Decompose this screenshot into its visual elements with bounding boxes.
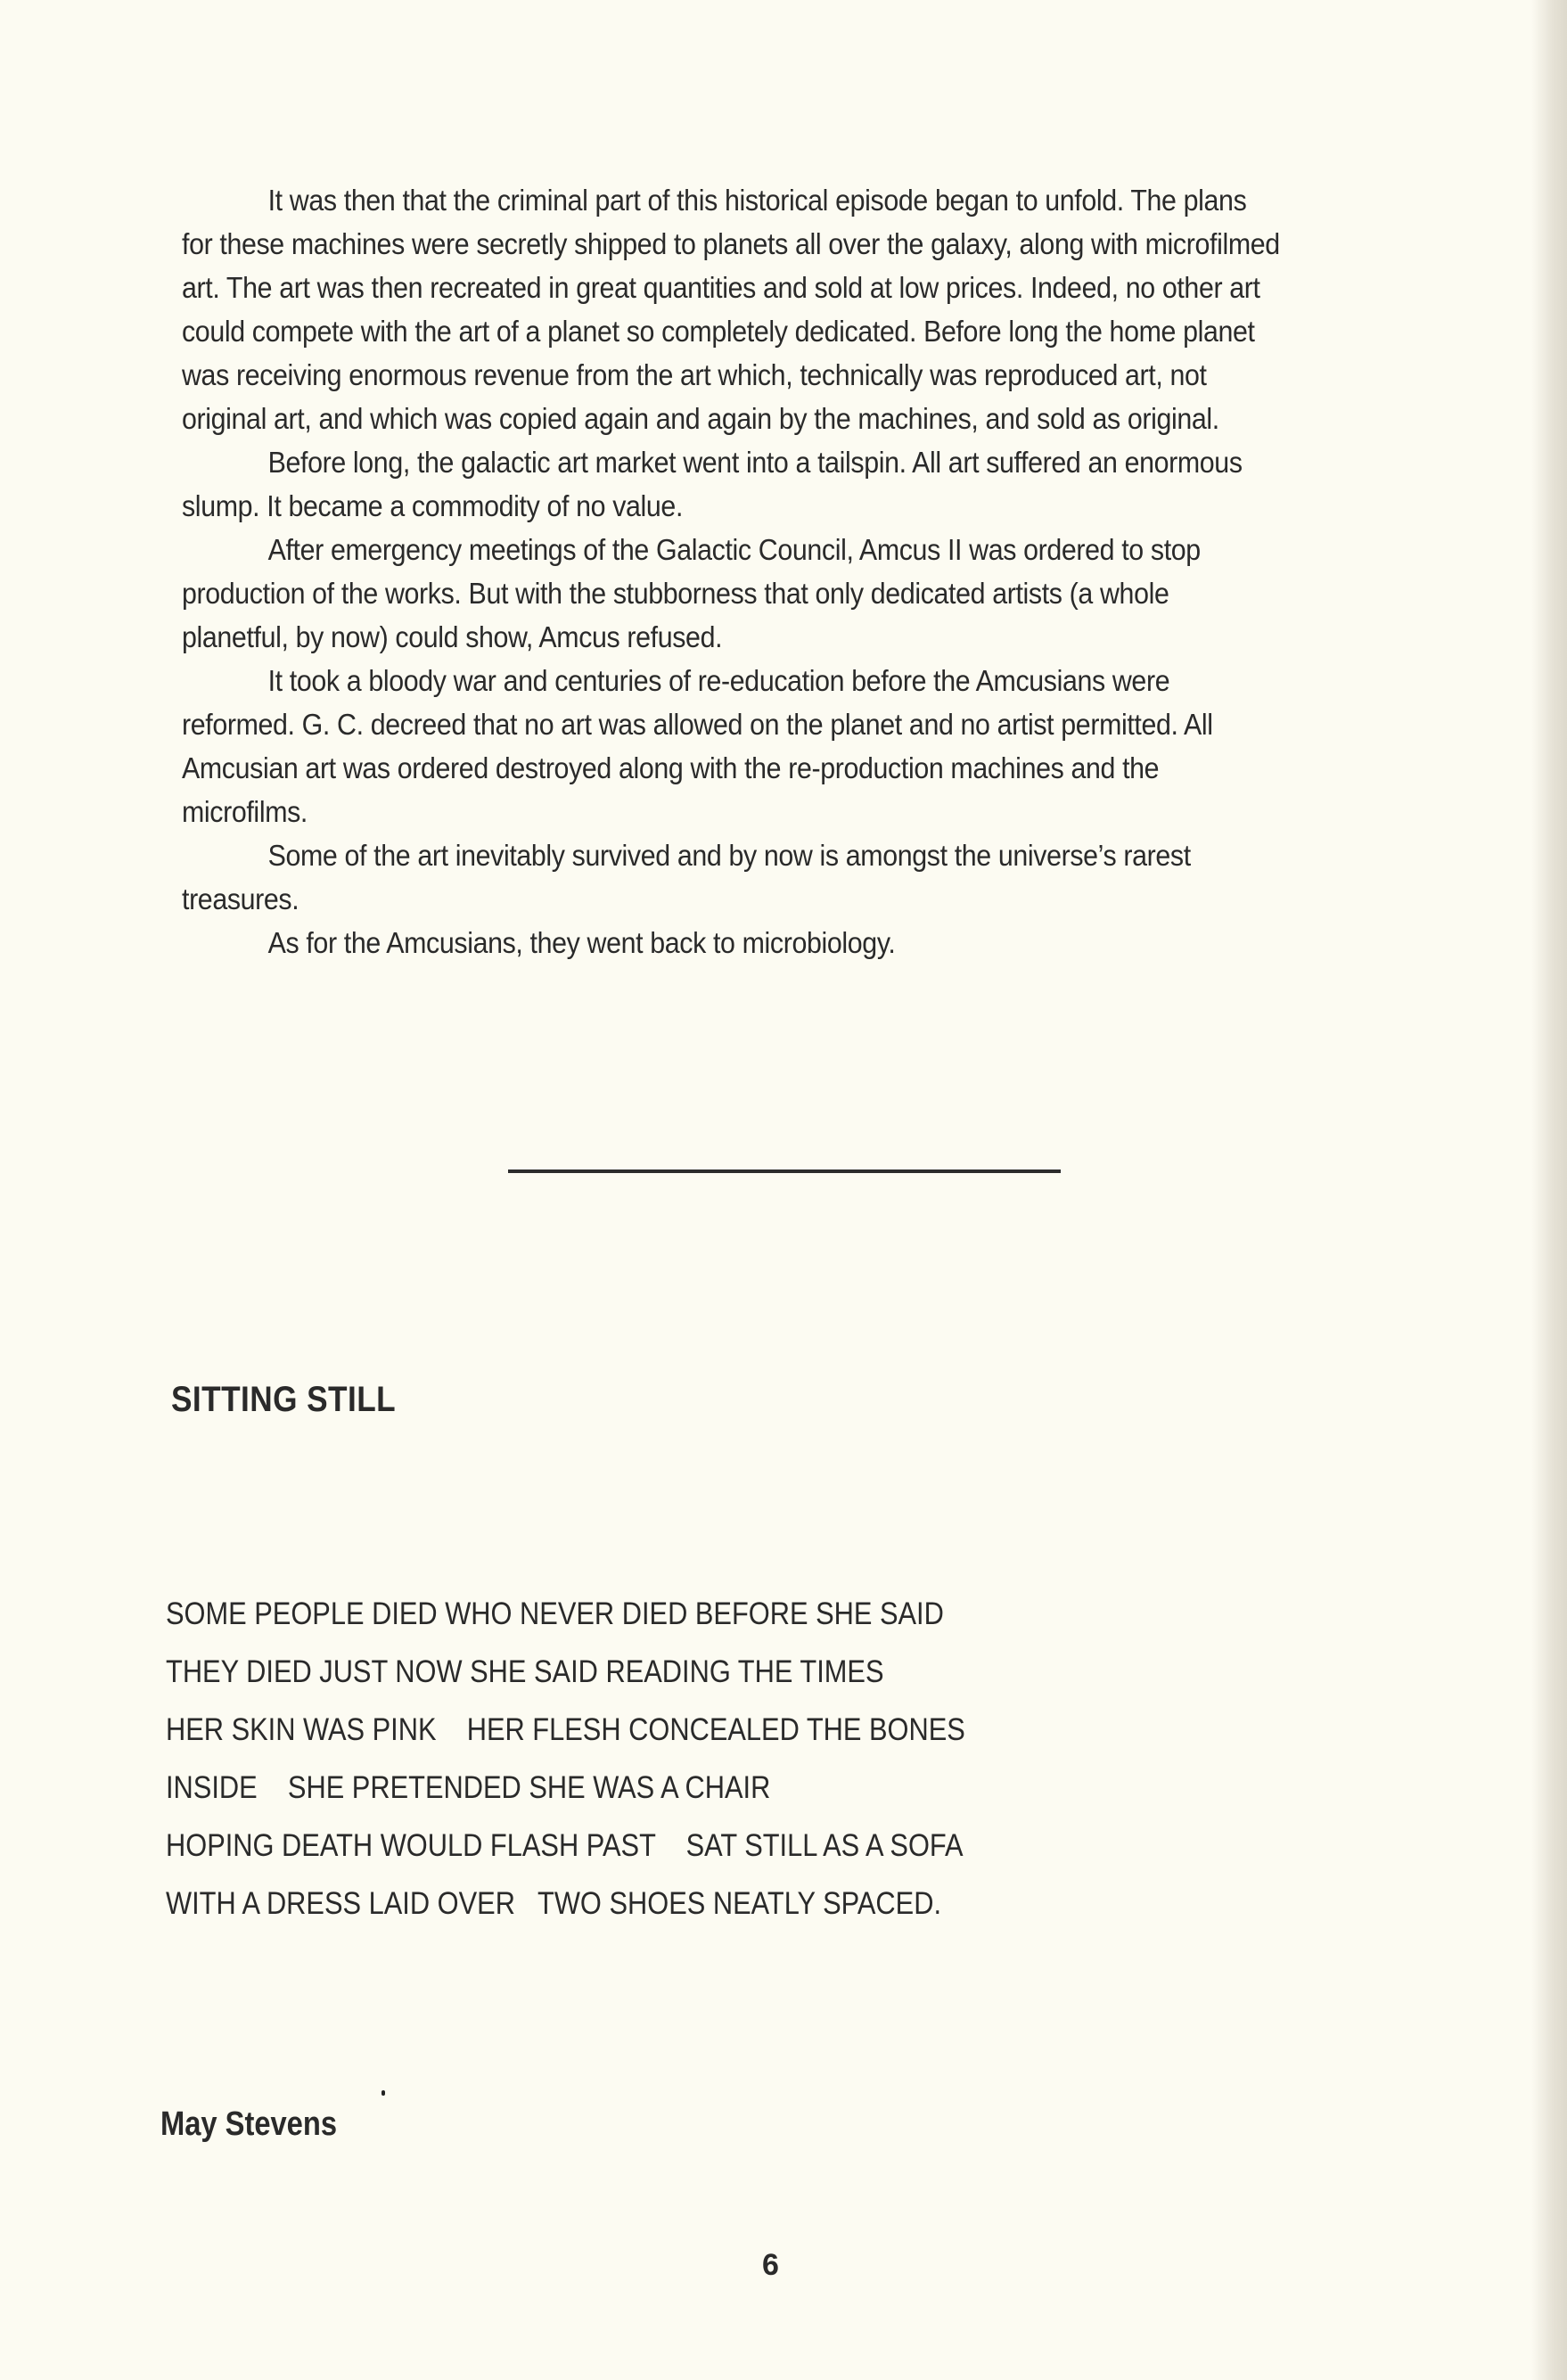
poem-author: May Stevens xyxy=(160,2105,337,2144)
poem-line: HOPING DEATH WOULD FLASH PAST SAT STILL … xyxy=(166,1817,1186,1875)
page-number: 6 xyxy=(762,2248,779,2283)
poem-line: SOME PEOPLE DIED WHO NEVER DIED BEFORE S… xyxy=(166,1585,1186,1643)
poem-line: THEY DIED JUST NOW SHE SAID READING THE … xyxy=(166,1643,1186,1701)
story-text: It was then that the criminal part of th… xyxy=(182,178,1281,964)
paragraph: Some of the art inevitably survived and … xyxy=(182,833,1281,921)
paragraph: It was then that the criminal part of th… xyxy=(182,178,1281,440)
section-divider xyxy=(508,1169,1061,1173)
poem-line: HER SKIN WAS PINK HER FLESH CONCEALED TH… xyxy=(166,1701,1186,1759)
paragraph: Before long, the galactic art market wen… xyxy=(182,440,1281,528)
poem-body: SOME PEOPLE DIED WHO NEVER DIED BEFORE S… xyxy=(166,1585,1186,1933)
ink-speck xyxy=(381,2090,385,2096)
paragraph: It took a bloody war and centuries of re… xyxy=(182,659,1281,833)
page-edge-shadow xyxy=(1531,0,1567,2380)
poem-title: SITTING STILL xyxy=(171,1380,396,1420)
paragraph: As for the Amcusians, they went back to … xyxy=(182,921,1281,964)
paragraph: After emergency meetings of the Galactic… xyxy=(182,528,1281,659)
poem-line: INSIDE SHE PRETENDED SHE WAS A CHAIR xyxy=(166,1759,1186,1817)
poem-line: WITH A DRESS LAID OVER TWO SHOES NEATLY … xyxy=(166,1875,1186,1933)
